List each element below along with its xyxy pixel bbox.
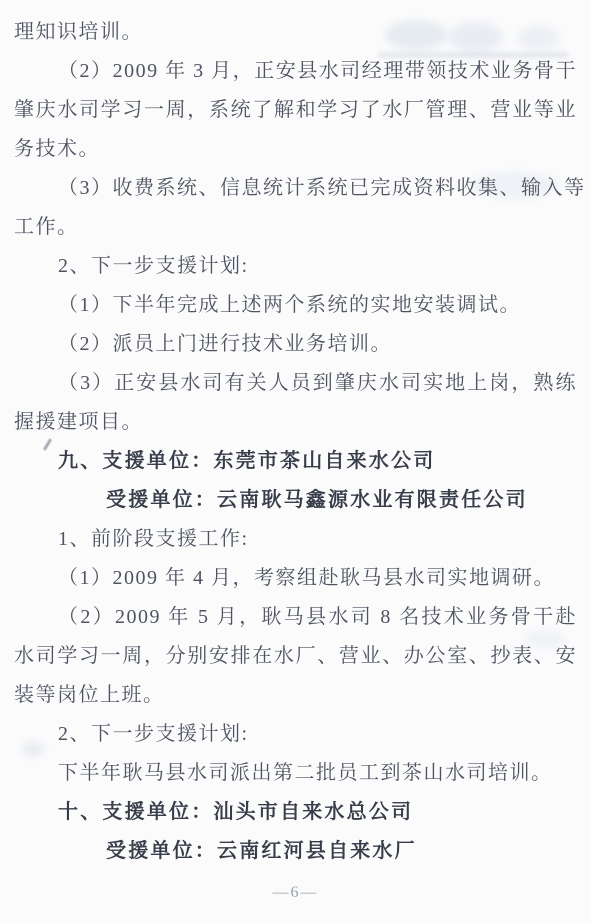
page-number: —6— [14, 884, 577, 902]
text-line: 肇庆水司学习一周，系统了解和学习了水厂管理、营业等业 [14, 91, 577, 130]
text-line: （3）收费系统、信息统计系统已完成资料收集、输入等 [14, 169, 577, 208]
support-unit-heading: 十、支援单位：汕头市自来水总公司 [14, 793, 577, 832]
document-page: 理知识培训。 （2）2009 年 3 月，正安县水司经理带领技术业务骨干赴 肇庆… [0, 0, 591, 923]
text-line: 水司学习一周，分别安排在水厂、营业、办公室、抄表、安 [14, 637, 577, 676]
text-line: （1）下半年完成上述两个系统的实地安装调试。 [14, 286, 577, 325]
text-line: 理知识培训。 [14, 13, 577, 52]
text-line: （1）2009 年 4 月，考察组赴耿马县水司实地调研。 [14, 559, 577, 598]
text-line: 务技术。 [14, 130, 577, 169]
recipient-unit-heading: 受援单位：云南耿马鑫源水业有限责任公司 [14, 481, 577, 520]
section-subheading: 2、下一步支援计划: [14, 247, 577, 286]
text-line: （2）2009 年 3 月，正安县水司经理带领技术业务骨干赴 [14, 52, 577, 91]
text-line: （3）正安县水司有关人员到肇庆水司实地上岗，熟练掌 [14, 364, 577, 403]
support-unit-heading: 九、支援单位：东莞市茶山自来水公司 [14, 442, 577, 481]
section-subheading: 1、前阶段支援工作: [14, 520, 577, 559]
text-line: （2）派员上门进行技术业务培训。 [14, 325, 577, 364]
text-line: 下半年耿马县水司派出第二批员工到茶山水司培训。 [14, 754, 577, 793]
text-line: 装等岗位上班。 [14, 676, 577, 715]
text-line: （2）2009 年 5 月，耿马县水司 8 名技术业务骨干赴茶山 [14, 598, 577, 637]
text-line: 工作。 [14, 208, 577, 247]
section-subheading: 2、下一步支援计划: [14, 715, 577, 754]
recipient-unit-heading: 受援单位：云南红河县自来水厂 [14, 832, 577, 871]
text-line: 握援建项目。 [14, 403, 577, 442]
